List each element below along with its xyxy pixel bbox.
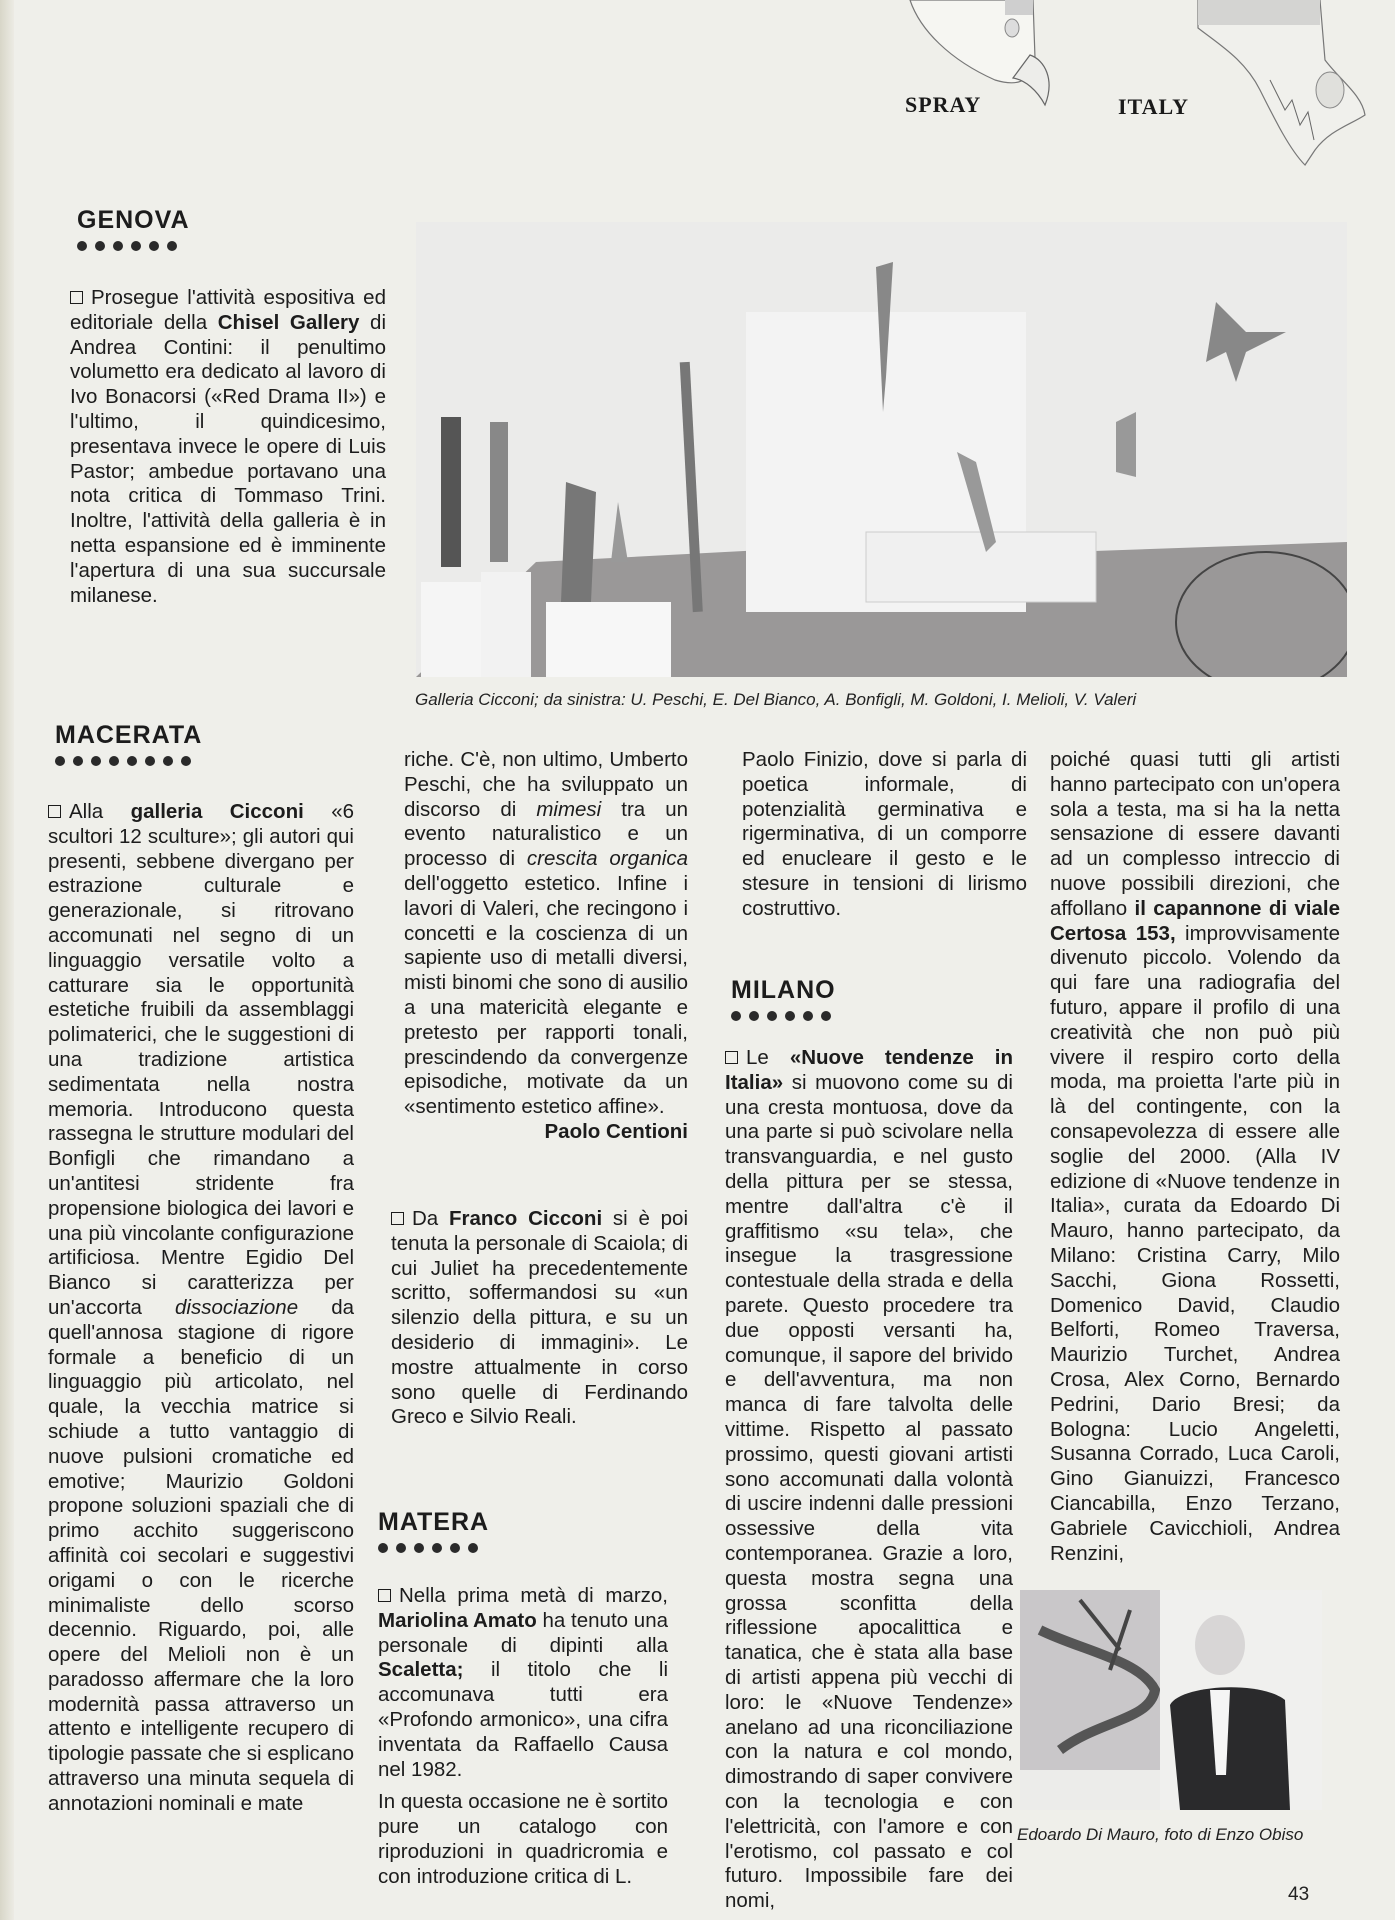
macerata-article-col2: riche. C'è, non ultimo, Umberto Peschi, … (404, 748, 688, 1145)
gallery-name: Chisel Gallery (218, 311, 360, 334)
dot-icon (396, 1543, 406, 1553)
matera-article-continued: Paolo Finizio, dove si parla di poetica … (742, 748, 1027, 922)
square-bullet-icon (725, 1051, 738, 1064)
dot-icon (77, 241, 87, 251)
dot-icon (95, 241, 105, 251)
gallery-cicconi-photo (416, 222, 1347, 677)
dot-icon (450, 1543, 460, 1553)
square-bullet-icon (48, 805, 61, 818)
dot-icon (731, 1011, 741, 1021)
dot-icon (163, 756, 173, 766)
dot-icon (113, 241, 123, 251)
square-bullet-icon (70, 291, 83, 304)
page-edge (0, 0, 14, 1920)
square-bullet-icon (391, 1212, 404, 1225)
section-matera: MATERA (378, 1507, 489, 1553)
section-title: MACERATA (55, 720, 202, 750)
milano-article-col3: Le «Nuove tendenze in Italia» si muovono… (725, 1046, 1013, 1914)
author-signature: Paolo Centioni (404, 1120, 688, 1145)
dot-icon (785, 1011, 795, 1021)
gallery-photo-caption: Galleria Cicconi; da sinistra: U. Peschi… (415, 690, 1315, 710)
dot-icon (167, 241, 177, 251)
section-dots (731, 1011, 836, 1021)
page-number: 43 (1288, 1884, 1309, 1906)
macerata-article-col1: Alla galleria Cicconi «6 scultori 12 scu… (48, 800, 354, 1817)
genova-article: Prosegue l'attività espositiva ed editor… (70, 286, 386, 608)
dot-icon (149, 241, 159, 251)
section-title: GENOVA (77, 205, 190, 235)
dot-icon (803, 1011, 813, 1021)
crocodile-skull-illustration (1190, 0, 1370, 170)
dot-icon (91, 756, 101, 766)
dot-icon (468, 1543, 478, 1553)
section-dots (55, 756, 202, 766)
dot-icon (73, 756, 83, 766)
dot-icon (127, 756, 137, 766)
matera-article: Nella prima metà di marzo, Mariolina Ama… (378, 1584, 668, 1890)
section-macerata: MACERATA (55, 720, 202, 766)
dot-icon (378, 1543, 388, 1553)
header-label-spray: SPRAY (905, 92, 981, 118)
dot-icon (145, 756, 155, 766)
milano-article-col4: poiché quasi tutti gli artisti hanno par… (1050, 748, 1340, 1566)
section-title: MILANO (731, 975, 836, 1005)
dot-icon (131, 241, 141, 251)
dot-icon (749, 1011, 759, 1021)
edoardo-di-mauro-photo (1020, 1590, 1322, 1810)
dot-icon (181, 756, 191, 766)
section-genova: GENOVA (77, 205, 190, 251)
section-dots (378, 1543, 489, 1553)
section-dots (77, 241, 190, 251)
dot-icon (821, 1011, 831, 1021)
square-bullet-icon (378, 1589, 391, 1602)
portrait-photo-caption: Edoardo Di Mauro, foto di Enzo Obiso (1017, 1824, 1327, 1845)
header-label-italy: ITALY (1118, 94, 1189, 120)
dot-icon (767, 1011, 777, 1021)
dot-icon (109, 756, 119, 766)
dot-icon (55, 756, 65, 766)
franco-cicconi-article: Da Franco Cicconi si è poi tenuta la per… (391, 1207, 688, 1430)
dot-icon (414, 1543, 424, 1553)
dot-icon (432, 1543, 442, 1553)
section-milano: MILANO (731, 975, 836, 1021)
section-title: MATERA (378, 1507, 489, 1537)
